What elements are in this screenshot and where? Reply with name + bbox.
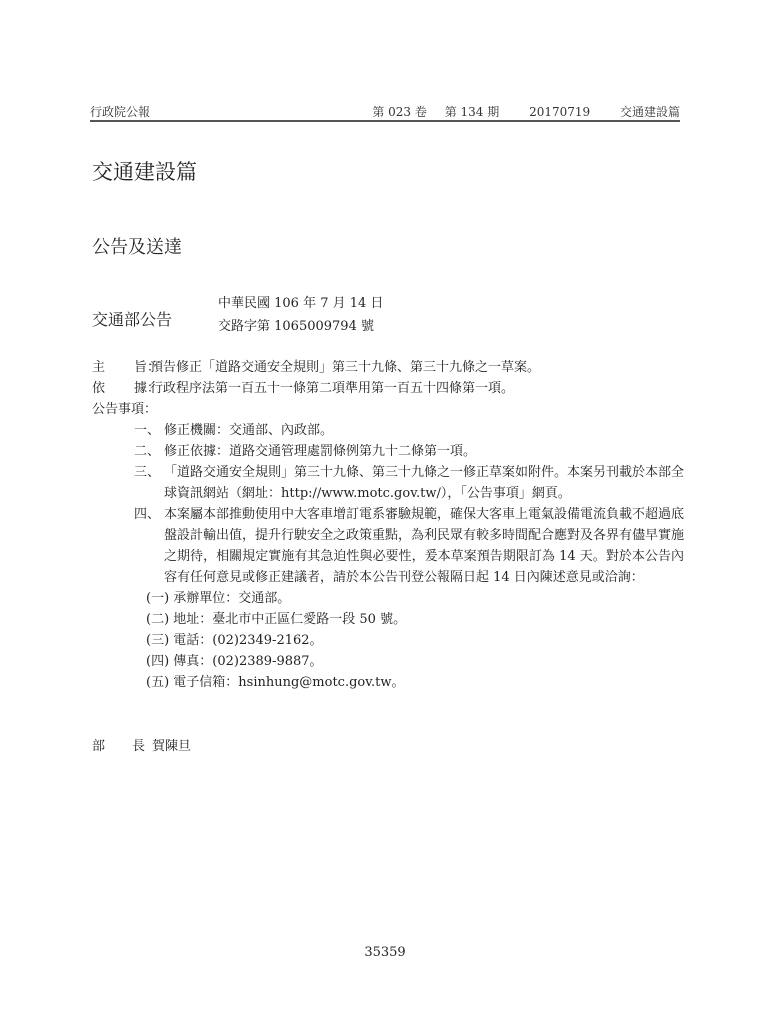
subject-label: 主旨：	[92, 357, 150, 378]
sub-title: 公告及送達	[92, 236, 182, 260]
announcement-date: 中華民國 106 年 7 月 14 日	[218, 292, 383, 315]
header-section: 交通建設篇	[620, 105, 680, 119]
publication-name: 行政院公報	[90, 104, 150, 120]
contact-item: (四) 傳真：(02)2389-9887。	[92, 651, 682, 672]
signature: 部長賀陳旦	[92, 737, 191, 757]
contact-email: (五) 電子信箱：hsinhung@motc.gov.tw。	[92, 672, 682, 693]
announcement-meta: 中華民國 106 年 7 月 14 日 交路字第 1065009794 號	[218, 292, 383, 338]
item-text: 修正機關：交通部、內政部。	[164, 420, 684, 441]
contact-item: (一) 承辦單位：交通部。	[92, 588, 682, 609]
notice-item: 一、 修正機關：交通部、內政部。	[92, 420, 682, 441]
contact-item: (三) 電話：(02)2349-2162。	[92, 630, 682, 651]
signatory-name: 賀陳旦	[152, 739, 191, 754]
item-number: 四、	[134, 504, 160, 525]
basis-label: 依據：	[92, 378, 150, 399]
items-label: 公告事項：	[92, 399, 682, 420]
header-meta: 第 023 卷 第 134 期 20170719 交通建設篇	[372, 104, 680, 120]
announcement-body: 主旨：預告修正「道路交通安全規則」第三十九條、第三十九條之一草案。 依據：行政程…	[92, 357, 682, 693]
item-text: 本案屬本部推動使用中大客車增訂電系審驗規範，確保大客車上電氣設備電流負載不超過底…	[164, 504, 684, 588]
item-number: 三、	[134, 462, 160, 483]
page-number: 35359	[0, 945, 770, 960]
issue-number: 第 134 期	[445, 105, 500, 119]
basis-line: 依據：行政程序法第一百五十一條第二項準用第一百五十四條第一項。	[92, 378, 682, 399]
notice-item: 三、 「道路交通安全規則」第三十九條、第三十九條之一修正草案如附件。本案另刊載於…	[92, 462, 682, 504]
item-number: 二、	[134, 441, 160, 462]
document-number: 交路字第 1065009794 號	[218, 315, 383, 338]
item-number: 一、	[134, 420, 160, 441]
notice-item: 四、 本案屬本部推動使用中大客車增訂電系審驗規範，確保大客車上電氣設備電流負載不…	[92, 504, 682, 588]
announcement-issuer: 交通部公告	[92, 309, 172, 331]
section-title: 交通建設篇	[92, 158, 197, 186]
signature-title-b: 長	[132, 737, 152, 757]
volume-number: 第 023 卷	[372, 105, 427, 119]
header-divider	[90, 120, 680, 122]
page-header: 行政院公報 第 023 卷 第 134 期 20170719 交通建設篇	[90, 104, 680, 120]
signature-title-a: 部	[92, 737, 132, 757]
item-text: 「道路交通安全規則」第三十九條、第三十九條之一修正草案如附件。本案另刊載於本部全…	[164, 462, 684, 504]
notice-item: 二、 修正依據：道路交通管理處罰條例第九十二條第一項。	[92, 441, 682, 462]
publication-date: 20170719	[529, 105, 590, 119]
basis-text: 行政程序法第一百五十一條第二項準用第一百五十四條第一項。	[150, 381, 514, 396]
item-text: 修正依據：道路交通管理處罰條例第九十二條第一項。	[164, 441, 684, 462]
contact-item: (二) 地址：臺北市中正區仁愛路一段 50 號。	[92, 609, 682, 630]
subject-line: 主旨：預告修正「道路交通安全規則」第三十九條、第三十九條之一草案。	[92, 357, 682, 378]
subject-text: 預告修正「道路交通安全規則」第三十九條、第三十九條之一草案。	[150, 360, 540, 375]
